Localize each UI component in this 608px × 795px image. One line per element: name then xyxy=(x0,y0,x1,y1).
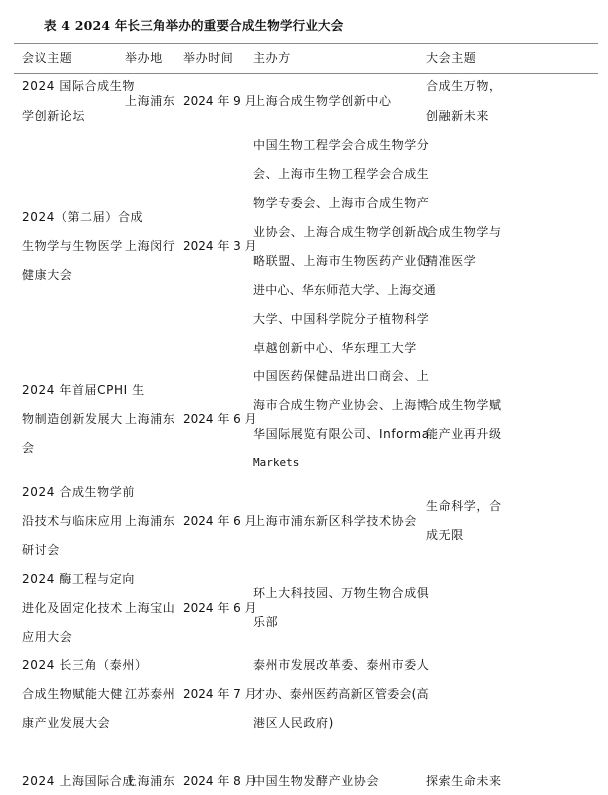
organizer-line: 港区人民政府) xyxy=(253,716,334,730)
topic-line: 2024 酶工程与定向 xyxy=(22,572,135,586)
table-caption: 表 4 2024 年长三角举办的重要合成生物学行业大会 xyxy=(44,16,343,34)
topic-line: 沿技术与临床应用 xyxy=(22,514,123,528)
organizer-line: 中国医药保健品进出口商会、上 xyxy=(253,369,429,383)
topic-line: 2024 年首届CPHI 生 xyxy=(22,383,145,397)
theme-line: 生命科学，合 xyxy=(426,499,502,513)
location: 江苏泰州 xyxy=(125,687,175,701)
topic-line: 生物学与生物医学 xyxy=(22,239,123,253)
theme-line: 能产业再升级 xyxy=(426,427,502,441)
topic-line: 进化及固定化技术 xyxy=(22,601,123,615)
theme-line: 合成生万物， xyxy=(426,79,502,93)
topic-line: 应用大会 xyxy=(22,630,72,644)
organizer-line: 海市合成生物产业协会、上海博 xyxy=(253,398,429,412)
organizer-line: 环上大科技园、万物生物合成俱 xyxy=(253,586,429,600)
theme-line: 创融新未来 xyxy=(426,109,489,123)
time: 2024 年 3 月 xyxy=(183,239,257,253)
organizer-line: 华国际展览有限公司、Informa xyxy=(253,427,430,441)
time: 2024 年 7 月 xyxy=(183,687,257,701)
topic-line: 物制造创新发展大 xyxy=(22,412,123,426)
topic-line: 2024 国际合成生物 xyxy=(22,79,135,93)
location: 上海浦东 xyxy=(125,94,175,108)
topic-line: 研讨会 xyxy=(22,543,60,557)
location: 上海宝山 xyxy=(125,601,175,615)
topic-line: 2024 上海国际合成 xyxy=(22,774,135,788)
organizer-line: 物学专委会、上海市合成生物产 xyxy=(253,196,429,210)
topic-line: 康产业发展大会 xyxy=(22,716,110,730)
organizer-line: 大学、中国科学院分子植物科学 xyxy=(253,312,429,326)
organizer-line: 卓越创新中心、华东理工大学 xyxy=(253,341,417,355)
location: 上海浦东 xyxy=(125,774,175,788)
organizer-line: 略联盟、上海市生物医药产业促 xyxy=(253,254,429,268)
topic-line: 健康大会 xyxy=(22,268,72,282)
theme-line: 合成生物学赋 xyxy=(426,398,502,412)
topic-line: 会 xyxy=(22,441,35,455)
header-theme: 大会主题 xyxy=(426,51,476,65)
organizer-line: 上海合成生物学创新中心 xyxy=(253,94,392,108)
organizer-line: Markets xyxy=(253,456,299,470)
organizer-line: 中国生物工程学会合成生物学分 xyxy=(253,138,429,152)
location: 上海浦东 xyxy=(125,412,175,426)
header-location: 举办地 xyxy=(125,51,163,65)
organizer-line: 进中心、华东师范大学、上海交通 xyxy=(253,283,436,297)
topic-line: 2024 合成生物学前 xyxy=(22,485,135,499)
time: 2024 年 8 月 xyxy=(183,774,257,788)
location: 上海闵行 xyxy=(125,239,175,253)
organizer-line: 业协会、上海合成生物学创新战 xyxy=(253,225,429,239)
organizer-line: 乐部 xyxy=(253,615,278,629)
organizer-line: 才办、泰州医药高新区管委会(高 xyxy=(253,687,429,701)
time: 2024 年 6 月 xyxy=(183,514,257,528)
organizer-line: 泰州市发展改革委、泰州市委人 xyxy=(253,658,429,672)
time: 2024 年 6 月 xyxy=(183,412,257,426)
time: 2024 年 6 月 xyxy=(183,601,257,615)
topic-line: 2024（第二届）合成 xyxy=(22,210,143,224)
header-organizer: 主办方 xyxy=(253,51,291,65)
table-header-rule xyxy=(14,73,598,74)
topic-line: 2024 长三角（泰州） xyxy=(22,658,148,672)
table-top-rule xyxy=(14,43,598,44)
organizer-line: 会、上海市生物工程学会合成生 xyxy=(253,167,429,181)
header-topic: 会议主题 xyxy=(22,51,72,65)
organizer-line: 上海市浦东新区科学技术协会 xyxy=(253,514,417,528)
topic-line: 合成生物赋能大健 xyxy=(22,687,123,701)
organizer-line: 中国生物发酵产业协会 xyxy=(253,774,379,788)
theme-line: 成无限 xyxy=(426,528,464,542)
location: 上海浦东 xyxy=(125,514,175,528)
header-time: 举办时间 xyxy=(183,51,233,65)
topic-line: 学创新论坛 xyxy=(22,109,85,123)
theme-line: 合成生物学与 xyxy=(426,225,502,239)
theme-line: 精准医学 xyxy=(426,254,476,268)
theme-line: 探索生命未来 xyxy=(426,774,502,788)
time: 2024 年 9 月 xyxy=(183,94,257,108)
